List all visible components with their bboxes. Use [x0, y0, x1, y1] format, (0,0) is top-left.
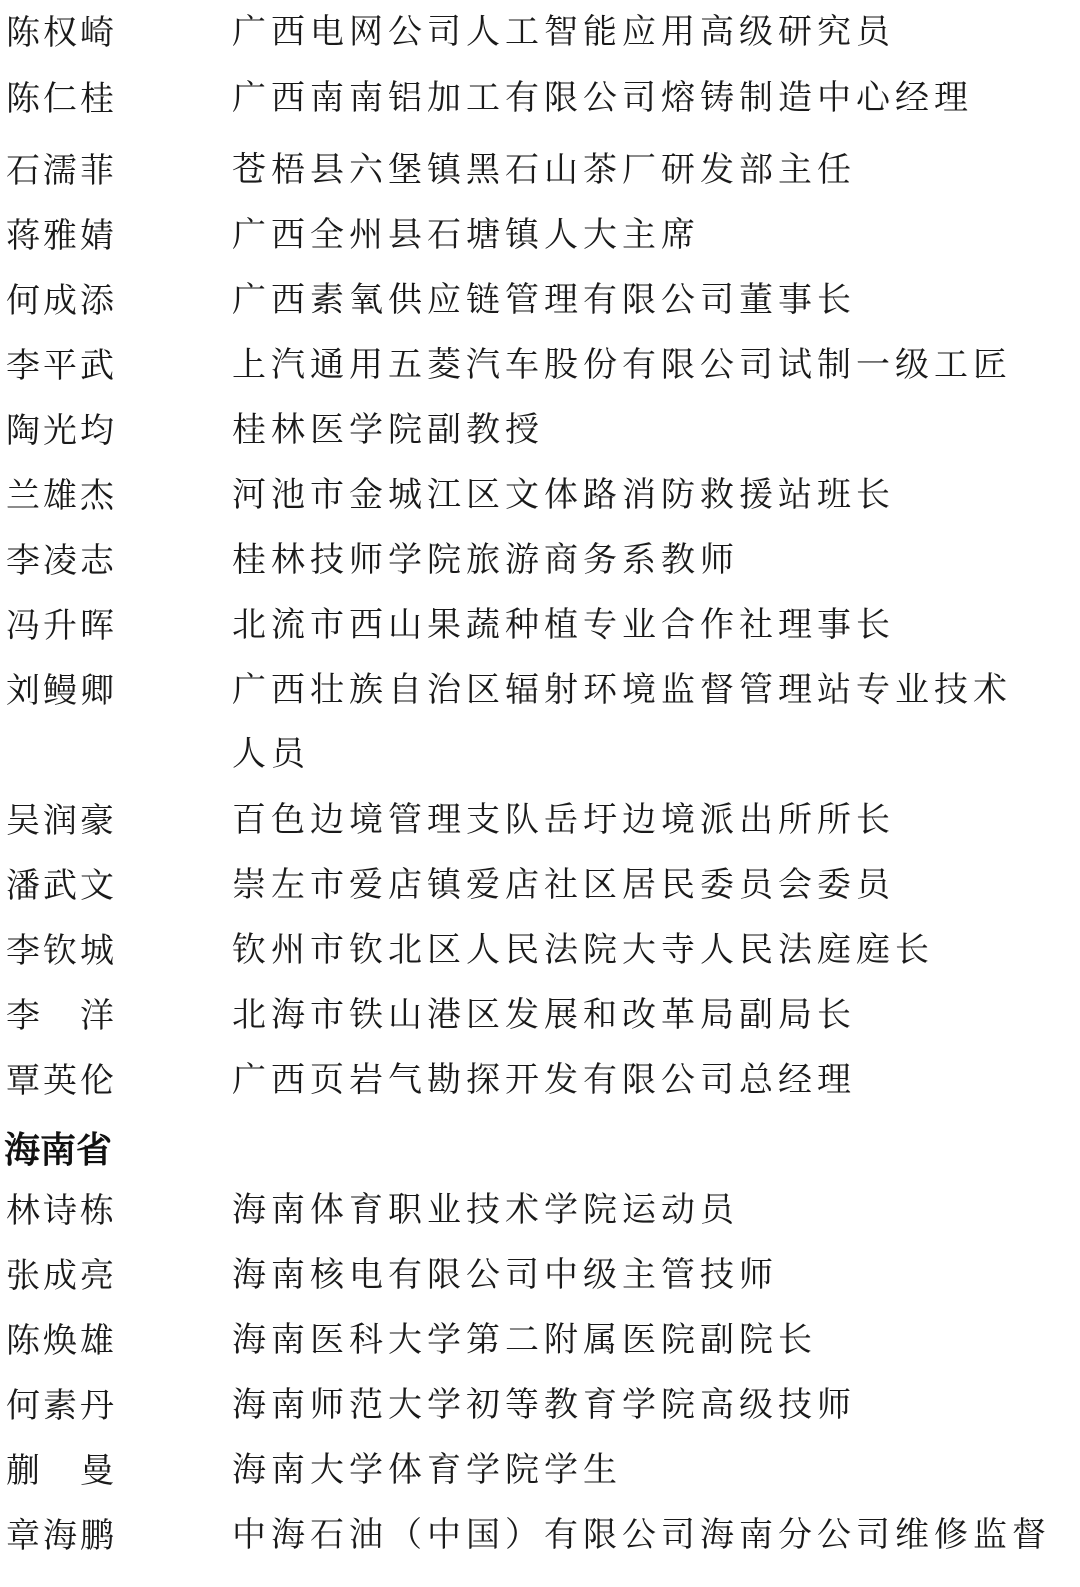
person-title: 广西素氧供应链管理有限公司董事长	[232, 268, 1072, 332]
person-name: 陈仁桂	[6, 66, 226, 132]
person-title: 中海石油（中国）有限公司海南分公司维修监督	[232, 1503, 1072, 1567]
person-name: 何素丹	[6, 1373, 226, 1439]
list-item: 石濡菲 苍梧县六堡镇黑石山茶厂研发部主任	[0, 138, 1080, 204]
person-title: 桂林医学院副教授	[232, 398, 1072, 462]
list-item: 林诗栋 海南体育职业技术学院运动员	[0, 1178, 1080, 1244]
person-title: 百色边境管理支队岳圩边境派出所所长	[232, 788, 1072, 852]
list-item: 李钦城 钦州市钦北区人民法院大寺人民法庭庭长	[0, 918, 1080, 984]
list-item: 李 洋 北海市铁山港区发展和改革局副局长	[0, 983, 1080, 1049]
list-item: 吴润豪 百色边境管理支队岳圩边境派出所所长	[0, 788, 1080, 854]
person-title: 广西页岩气勘探开发有限公司总经理	[232, 1048, 1072, 1112]
person-name: 章海鹏	[6, 1503, 226, 1569]
list-item: 章海鹏 中海石油（中国）有限公司海南分公司维修监督	[0, 1503, 1080, 1569]
list-item: 蒯 曼 海南大学体育学院学生	[0, 1438, 1080, 1504]
person-name: 冯升晖	[6, 593, 226, 659]
person-title: 海南师范大学初等教育学院高级技师	[232, 1373, 1072, 1437]
person-name: 覃英伦	[6, 1048, 226, 1114]
list-item: 刘鳗卿 广西壮族自治区辐射环境监督管理站专业技术人员	[0, 658, 1080, 788]
section-heading-hainan: 海南省	[4, 1118, 404, 1184]
person-title: 崇左市爱店镇爱店社区居民委员会委员	[232, 853, 1072, 917]
person-title: 海南医科大学第二附属医院副院长	[232, 1308, 1072, 1372]
person-name: 潘武文	[6, 853, 226, 919]
list-item: 覃英伦 广西页岩气勘探开发有限公司总经理	[0, 1048, 1080, 1114]
person-title: 广西壮族自治区辐射环境监督管理站专业技术人员	[232, 658, 1032, 786]
person-title: 苍梧县六堡镇黑石山茶厂研发部主任	[232, 138, 1072, 202]
person-name: 李钦城	[6, 918, 226, 984]
person-title: 广西南南铝加工有限公司熔铸制造中心经理	[232, 66, 1072, 130]
list-item: 潘武文 崇左市爱店镇爱店社区居民委员会委员	[0, 853, 1080, 919]
person-name: 李凌志	[6, 528, 226, 594]
list-item: 蒋雅婧 广西全州县石塘镇人大主席	[0, 203, 1080, 269]
person-name: 陈焕雄	[6, 1308, 226, 1374]
list-item: 陈仁桂 广西南南铝加工有限公司熔铸制造中心经理	[0, 66, 1080, 132]
person-name: 蒯 曼	[6, 1438, 226, 1504]
list-item: 张成亮 海南核电有限公司中级主管技师	[0, 1243, 1080, 1309]
person-title: 钦州市钦北区人民法院大寺人民法庭庭长	[232, 918, 1072, 982]
list-item: 陈焕雄 海南医科大学第二附属医院副院长	[0, 1308, 1080, 1374]
person-name: 林诗栋	[6, 1178, 226, 1244]
person-name: 兰雄杰	[6, 463, 226, 529]
person-name: 陶光均	[6, 398, 226, 464]
person-title: 桂林技师学院旅游商务系教师	[232, 528, 1072, 592]
list-item: 陈权崎 广西电网公司人工智能应用高级研究员	[0, 0, 1080, 66]
person-name: 何成添	[6, 268, 226, 334]
list-item: 何素丹 海南师范大学初等教育学院高级技师	[0, 1373, 1080, 1439]
person-name: 吴润豪	[6, 788, 226, 854]
person-name: 石濡菲	[6, 138, 226, 204]
list-item: 何成添 广西素氧供应链管理有限公司董事长	[0, 268, 1080, 334]
list-item: 李平武 上汽通用五菱汽车股份有限公司试制一级工匠	[0, 333, 1080, 399]
list-item: 冯升晖 北流市西山果蔬种植专业合作社理事长	[0, 593, 1080, 659]
person-name: 李平武	[6, 333, 226, 399]
person-name: 刘鳗卿	[6, 658, 226, 724]
person-title: 北流市西山果蔬种植专业合作社理事长	[232, 593, 1072, 657]
person-name: 蒋雅婧	[6, 203, 226, 269]
person-title: 海南大学体育学院学生	[232, 1438, 1072, 1502]
person-name: 李 洋	[6, 983, 226, 1049]
list-item: 兰雄杰 河池市金城江区文体路消防救援站班长	[0, 463, 1080, 529]
person-title: 上汽通用五菱汽车股份有限公司试制一级工匠	[232, 333, 1072, 397]
person-name: 张成亮	[6, 1243, 226, 1309]
list-item: 李凌志 桂林技师学院旅游商务系教师	[0, 528, 1080, 594]
person-title: 河池市金城江区文体路消防救援站班长	[232, 463, 1072, 527]
person-title: 海南核电有限公司中级主管技师	[232, 1243, 1072, 1307]
person-title: 北海市铁山港区发展和改革局副局长	[232, 983, 1072, 1047]
list-item: 陶光均 桂林医学院副教授	[0, 398, 1080, 464]
person-title: 海南体育职业技术学院运动员	[232, 1178, 1072, 1242]
person-title: 广西电网公司人工智能应用高级研究员	[232, 0, 1072, 64]
person-name: 陈权崎	[6, 0, 226, 66]
person-title: 广西全州县石塘镇人大主席	[232, 203, 1072, 267]
